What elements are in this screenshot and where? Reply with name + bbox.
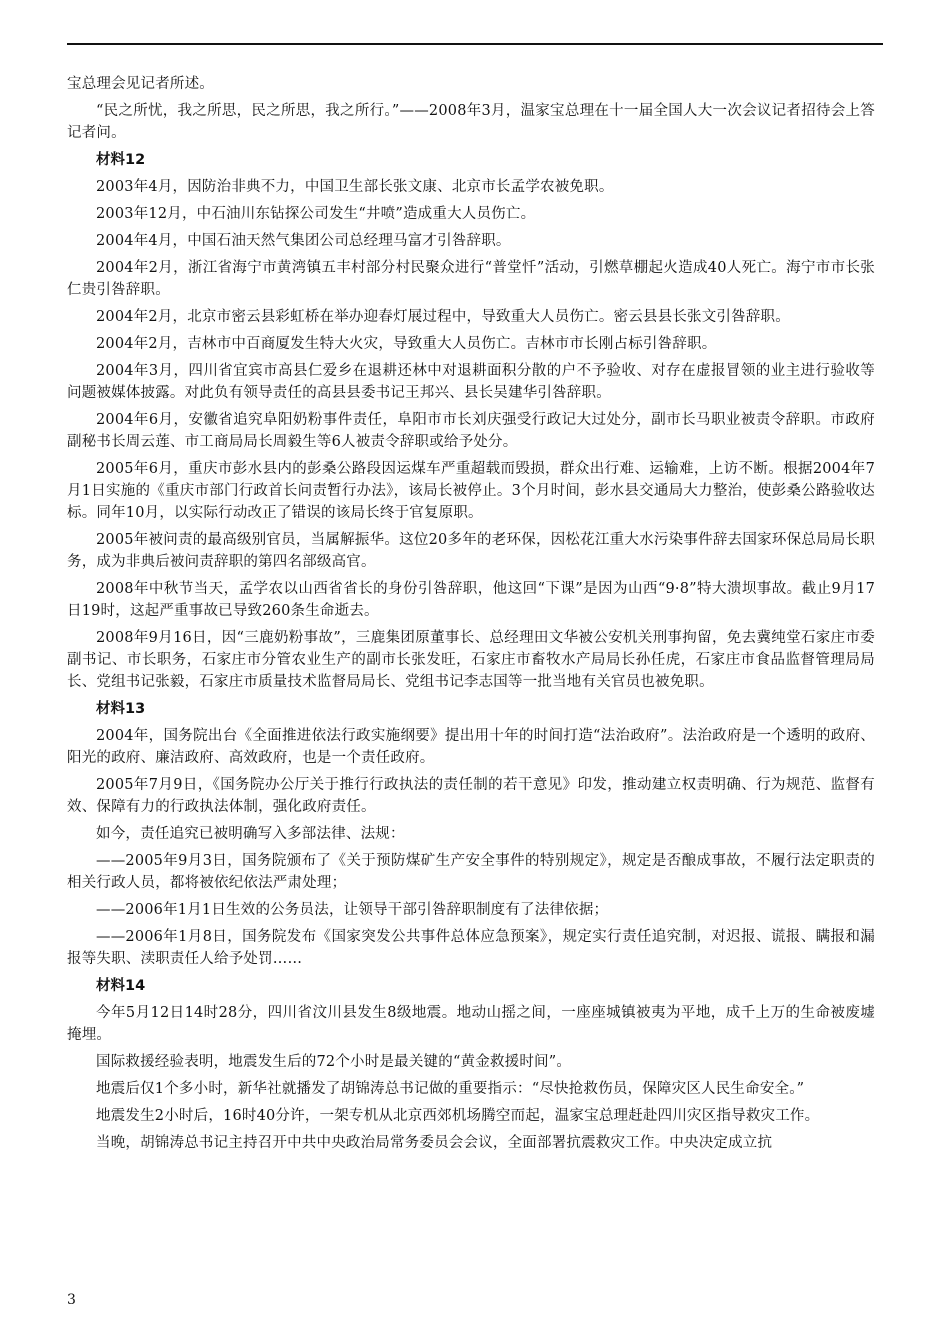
paragraph: 国际救援经验表明，地震发生后的72个小时是最关键的“黄金救援时间”。 (67, 1051, 875, 1073)
paragraph: 地震后仅1个多小时，新华社就播发了胡锦涛总书记做的重要指示：“尽快抢救伤员，保障… (67, 1078, 875, 1100)
paragraph: 2003年4月，因防治非典不力，中国卫生部长张文康、北京市长孟学农被免职。 (67, 176, 875, 198)
paragraph: 2008年中秋节当天，孟学农以山西省省长的身份引咎辞职，他这回“下课”是因为山西… (67, 578, 875, 622)
section-heading: 材料13 (67, 698, 875, 720)
section-heading: 材料12 (67, 149, 875, 171)
paragraph: 2004年6月，安徽省追究阜阳奶粉事件责任，阜阳市市长刘庆强受行政记大过处分，副… (67, 409, 875, 453)
paragraph: 宝总理会见记者所述。 (67, 73, 875, 95)
paragraph: 2003年12月，中石油川东钻探公司发生“井喷”造成重大人员伤亡。 (67, 203, 875, 225)
header-rule (67, 43, 883, 45)
paragraph: 2004年，国务院出台《全面推进依法行政实施纲要》提出用十年的时间打造“法治政府… (67, 725, 875, 769)
paragraph: 2008年9月16日，因“三鹿奶粉事故”，三鹿集团原董事长、总经理田文华被公安机… (67, 627, 875, 693)
paragraph: ——2005年9月3日，国务院颁布了《关于预防煤矿生产安全事件的特别规定》，规定… (67, 850, 875, 894)
page-number: 3 (67, 1290, 76, 1310)
paragraph: 当晚，胡锦涛总书记主持召开中共中央政治局常务委员会会议，全面部署抗震救灾工作。中… (67, 1132, 875, 1154)
paragraph: “民之所忧，我之所思，民之所思，我之所行。”——2008年3月，温家宝总理在十一… (67, 100, 875, 144)
paragraph: 2005年7月9日，《国务院办公厅关于推行行政执法的责任制的若干意见》印发，推动… (67, 774, 875, 818)
paragraph: 2004年2月，浙江省海宁市黄湾镇五丰村部分村民聚众进行“普堂忏”活动，引燃草棚… (67, 257, 875, 301)
paragraph: 2004年2月，吉林市中百商厦发生特大火灾，导致重大人员伤亡。吉林市市长刚占标引… (67, 333, 875, 355)
paragraph: 今年5月12日14时28分，四川省汶川县发生8级地震。地动山摇之间，一座座城镇被… (67, 1002, 875, 1046)
paragraph: ——2006年1月1日生效的公务员法，让领导干部引咎辞职制度有了法律依据； (67, 899, 875, 921)
paragraph: 2004年3月，四川省宜宾市高县仁爱乡在退耕还林中对退耕面积分散的户不予验收、对… (67, 360, 875, 404)
paragraph: 2004年2月，北京市密云县彩虹桥在举办迎春灯展过程中，导致重大人员伤亡。密云县… (67, 306, 875, 328)
paragraph: ——2006年1月8日，国务院发布《国家突发公共事件总体应急预案》，规定实行责任… (67, 926, 875, 970)
paragraph: 2005年被问责的最高级别官员，当属解振华。这位20多年的老环保，因松花江重大水… (67, 529, 875, 573)
document-body: 宝总理会见记者所述。 “民之所忧，我之所思，民之所思，我之所行。”——2008年… (67, 73, 875, 1159)
section-heading: 材料14 (67, 975, 875, 997)
paragraph: 如今，责任追究已被明确写入多部法律、法规： (67, 823, 875, 845)
paragraph: 地震发生2小时后，16时40分许，一架专机从北京西郊机场腾空而起，温家宝总理赶赴… (67, 1105, 875, 1127)
paragraph: 2004年4月，中国石油天然气集团公司总经理马富才引咎辞职。 (67, 230, 875, 252)
paragraph: 2005年6月，重庆市彭水县内的彭桑公路段因运煤车严重超载而毁损，群众出行难、运… (67, 458, 875, 524)
